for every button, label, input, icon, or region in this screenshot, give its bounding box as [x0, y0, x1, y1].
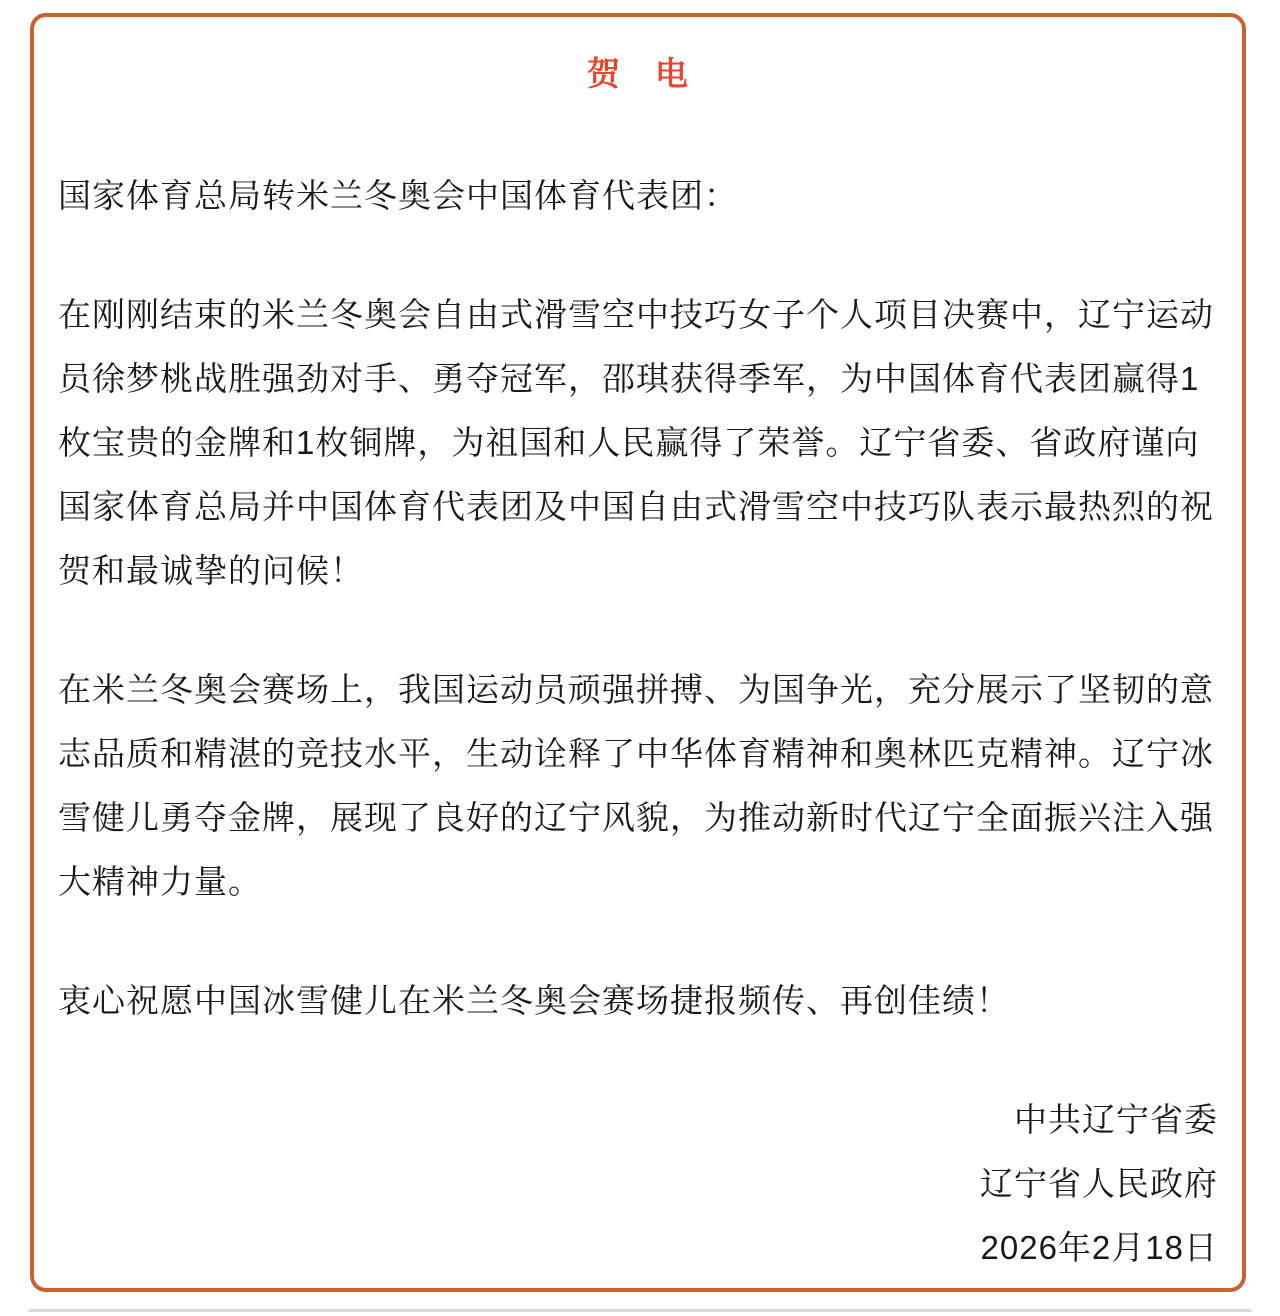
telegram-paragraph-1: 在刚刚结束的米兰冬奥会自由式滑雪空中技巧女子个人项目决赛中，辽宁运动员徐梦桃战胜…	[58, 283, 1218, 603]
next-section-divider	[28, 1309, 1252, 1312]
telegram-greeting: 国家体育总局转米兰冬奥会中国体育代表团：	[58, 164, 1218, 228]
signature-date: 2026年2月18日	[58, 1216, 1218, 1280]
telegram-paragraph-3: 衷心祝愿中国冰雪健儿在米兰冬奥会赛场捷报频传、再创佳绩！	[58, 969, 1218, 1033]
telegram-card: 贺 电 国家体育总局转米兰冬奥会中国体育代表团： 在刚刚结束的米兰冬奥会自由式滑…	[30, 13, 1246, 1292]
telegram-title: 贺 电	[58, 57, 1218, 90]
signature-committee: 中共辽宁省委	[58, 1088, 1218, 1152]
signature-government: 辽宁省人民政府	[58, 1152, 1218, 1216]
telegram-paragraph-2: 在米兰冬奥会赛场上，我国运动员顽强拼搏、为国争光，充分展示了坚韧的意志品质和精湛…	[58, 658, 1218, 914]
